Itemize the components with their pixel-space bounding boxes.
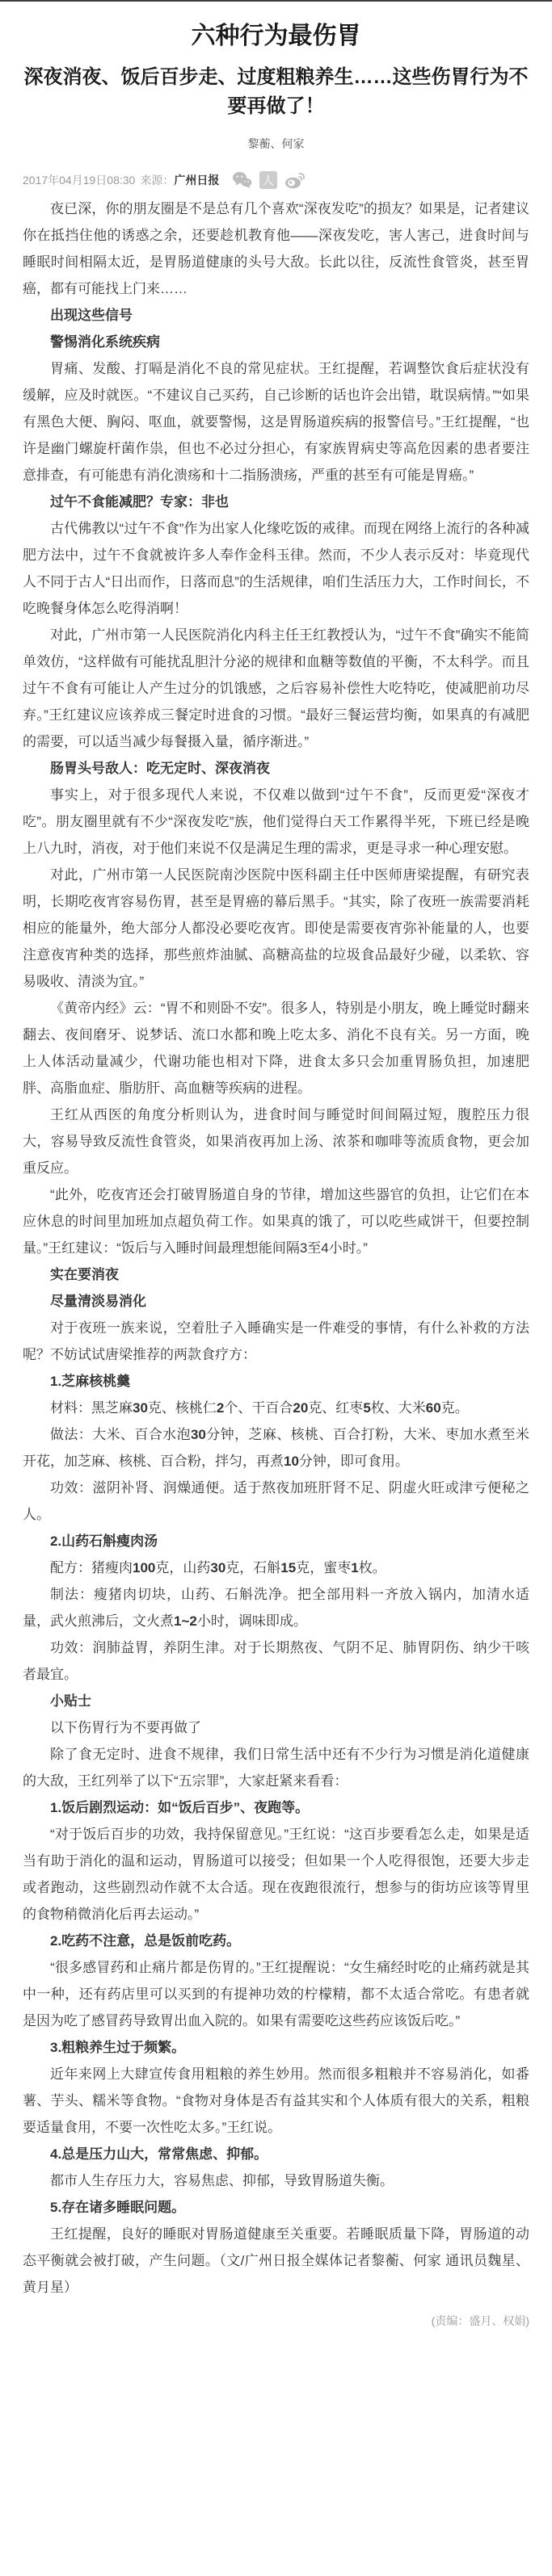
- article-meta: 2017年04月19日08:30 来源：广州日报 人: [23, 171, 529, 189]
- article-title: 六种行为最伤胃: [23, 19, 529, 53]
- paragraph: 对此，广州市第一人民医院南沙医院中医科副主任中医师唐梁提醒，有研究表明，长期吃夜…: [23, 862, 529, 995]
- section-heading: 过午不食能减肥？专家：非也: [23, 489, 529, 515]
- section-heading: 小贴士: [23, 1688, 529, 1714]
- publish-datetime: 2017年04月19日08:30: [23, 172, 135, 188]
- paragraph: 以下伤胃行为不要再做了: [23, 1714, 529, 1741]
- section-heading: 1.芝麻核桃羹: [23, 1368, 529, 1395]
- source-name[interactable]: 广州日报: [174, 174, 219, 187]
- paragraph: 制法：瘦猪肉切块，山药、石斛洗净。把全部用料一齐放入锅内，加清水适量，武火煎沸后…: [23, 1581, 529, 1634]
- section-heading: 警惕消化系统疾病: [23, 329, 529, 355]
- section-heading: 尽量清淡易消化: [23, 1288, 529, 1315]
- section-heading: 3.粗粮养生过于频繁。: [23, 2034, 529, 2061]
- paragraph: 对此，广州市第一人民医院消化内科主任王红教授认为，“过午不食”确实不能简单效仿，…: [23, 622, 529, 755]
- section-heading: 2.吃药不注意，总是饭前吃药。: [23, 1928, 529, 1954]
- article-source: 来源：广州日报: [140, 172, 219, 188]
- article-page: 六种行为最伤胃 深夜消夜、饭后百步走、过度粗粮养生……这些伤胃行为不要再做了！ …: [0, 0, 552, 2576]
- paragraph: 夜已深，你的朋友圈是不是总有几个喜欢“深夜发吃”的损友？如果是，记者建议你在抵挡…: [23, 195, 529, 302]
- section-heading: 肠胃头号敌人：吃无定时、深夜消夜: [23, 755, 529, 782]
- paragraph: “对于饭后百步的功效，我持保留意见。”王红说：“这百步要看怎么走，如果是适当有助…: [23, 1821, 529, 1928]
- section-heading: 出现这些信号: [23, 302, 529, 329]
- paragraph: 胃痛、发酸、打嗝是消化不良的常见症状。王红提醒，若调整饮食后症状没有缓解，应及时…: [23, 355, 529, 489]
- weibo-share-icon[interactable]: [284, 171, 305, 189]
- paragraph: 除了食无定时、进食不规律，我们日常生活中还有不少行为习惯是消化道健康的大敌，王红…: [23, 1741, 529, 1794]
- paragraph: 《黄帝内经》云：“胃不和则卧不安”。很多人，特别是小朋友，晚上睡觉时翻来翻去、夜…: [23, 995, 529, 1101]
- paragraph: 事实上，对于很多现代人来说，不仅难以做到“过午不食”，反而更爱“深夜才吃”。朋友…: [23, 782, 529, 862]
- paragraph: 对于夜班一族来说，空着肚子入睡确实是一件难受的事情，有什么补救的方法呢？不妨试试…: [23, 1315, 529, 1368]
- paragraph: 古代佛教以“过午不食”作为出家人化缘吃饭的戒律。而现在网络上流行的各种减肥方法中…: [23, 515, 529, 622]
- people-share-icon[interactable]: 人: [259, 171, 277, 189]
- editor-note: (责编：盛月、权娟): [23, 2312, 529, 2330]
- section-heading: 4.总是压力山大，常常焦虑、抑郁。: [23, 2141, 529, 2167]
- section-heading: 5.存在诸多睡眠问题。: [23, 2194, 529, 2221]
- svg-text:人: 人: [263, 174, 274, 187]
- paragraph: 王红提醒，良好的睡眠对胃肠道健康至关重要。若睡眠质量下降，胃肠道的动态平衡就会被…: [23, 2221, 529, 2301]
- paragraph: 王红从西医的角度分析则认为，进食时间与睡觉时间间隔过短，腹腔压力很大，容易导致反…: [23, 1101, 529, 1181]
- section-heading: 实在要消夜: [23, 1261, 529, 1288]
- paragraph: 材料：黑芝麻30克、核桃仁2个、干百合20克、红枣5枚、大米60克。: [23, 1395, 529, 1421]
- article-authors: 黎蘅、何家: [23, 136, 529, 152]
- section-heading: 1.饭后剧烈运动：如“饭后百步”、夜跑等。: [23, 1794, 529, 1821]
- article-subtitle: 深夜消夜、饭后百步走、过度粗粮养生……这些伤胃行为不要再做了！: [23, 63, 529, 121]
- wechat-share-icon[interactable]: [232, 171, 252, 189]
- paragraph: 功效：滋阴补肾、润燥通便。适于熬夜加班肝肾不足、阴虚火旺或津亏便秘之人。: [23, 1475, 529, 1528]
- section-heading: 2.山药石斛瘦肉汤: [23, 1528, 529, 1554]
- paragraph: 做法：大米、百合水泡30分钟，芝麻、核桃、百合打粉，大米、枣加水煮至米开花，加芝…: [23, 1421, 529, 1475]
- paragraph: “此外，吃夜宵还会打破胃肠道自身的节律，增加这些器官的负担，让它们在本应休息的时…: [23, 1181, 529, 1261]
- paragraph: 配方：猪瘦肉100克，山药30克，石斛15克，蜜枣1枚。: [23, 1554, 529, 1581]
- paragraph: 近年来网上大肆宣传食用粗粮的养生妙用。然而很多粗粮并不容易消化，如番薯、芋头、糯…: [23, 2061, 529, 2141]
- paragraph: “很多感冒药和止痛片都是伤胃的。”王红提醒说：“女生痛经时吃的止痛药就是其中一种…: [23, 1954, 529, 2034]
- source-label: 来源：: [140, 174, 174, 187]
- share-icon-bar: 人: [232, 171, 305, 189]
- paragraph: 都市人生存压力大，容易焦虑、抑郁，导致胃肠道失衡。: [23, 2167, 529, 2194]
- paragraph: 功效：润肺益胃，养阴生津。对于长期熬夜、气阴不足、肺胃阴伤、纳少干咳者最宜。: [23, 1634, 529, 1688]
- article-body: 夜已深，你的朋友圈是不是总有几个喜欢“深夜发吃”的损友？如果是，记者建议你在抵挡…: [23, 195, 529, 2301]
